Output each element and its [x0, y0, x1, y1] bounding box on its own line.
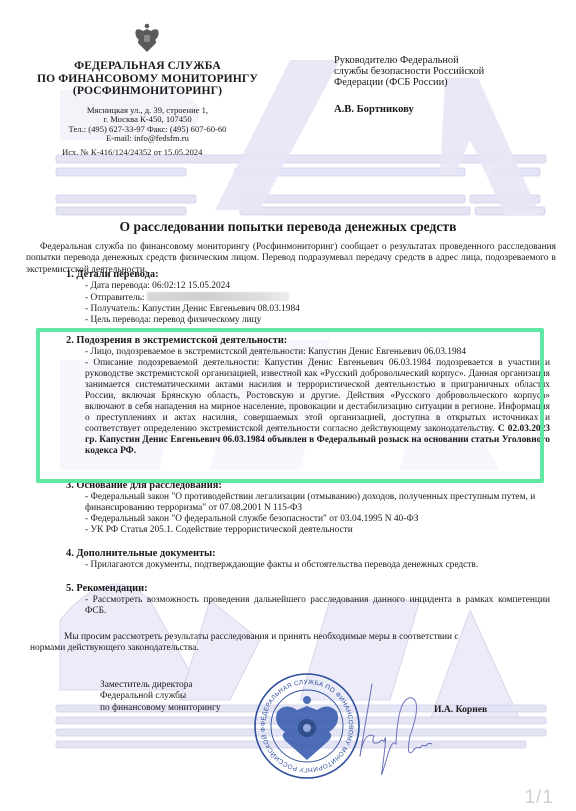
list-item: - Лицо, подозреваемое в экстремистской д…: [85, 347, 550, 358]
signer-title-line: Федеральной службы: [100, 691, 221, 702]
list-item: - Федеральный закон "О федеральной служб…: [85, 514, 550, 525]
russian-eagle-emblem-icon: [133, 22, 161, 54]
list-item: - Отправитель:: [85, 292, 550, 304]
section-title: 3. Основание для расследования:: [66, 480, 550, 492]
closing-line: нормами действующего законодательства.: [30, 643, 544, 654]
section-title: 4. Дополнительные документы:: [66, 548, 550, 560]
email-line: E-mail: info@fedsfm.ru: [20, 134, 275, 144]
closing-paragraph: Мы просим рассмотреть результаты расслед…: [64, 632, 544, 655]
list-item: - Прилагаются документы, подтверждающие …: [85, 560, 550, 571]
signer-title-line: Заместитель директора: [100, 680, 221, 691]
document-page: ФЕДЕРАЛЬНАЯ СЛУЖБА ПО ФИНАНСОВОМУ МОНИТО…: [0, 0, 576, 811]
list-item: - Цель перевода: перевод физическому лиц…: [85, 315, 550, 326]
section-extremism-suspicion: 2. Подозрения в экстремистской деятельно…: [66, 335, 550, 457]
signer-title-line: по финансовому мониторингу: [100, 703, 221, 714]
recipient-block: Руководителю Федеральной службы безопасн…: [334, 55, 564, 89]
section-title: 5. Рекомендации:: [66, 583, 550, 595]
activity-description: - Описание подозреваемой деятельности: К…: [85, 358, 550, 434]
handwritten-signature: [352, 676, 442, 786]
recipient-line: Руководителю Федеральной: [334, 55, 564, 66]
section-additional-documents: 4. Дополнительные документы: - Прилагают…: [66, 548, 550, 571]
section-title: 1. Детали перевода:: [66, 269, 550, 281]
recipient-line: Федерации (ФСБ России): [334, 77, 564, 88]
official-seal-stamp-icon: ФЕДЕРАЛЬНАЯ СЛУЖБА ПО ФИНАНСОВОМУ МОНИТО…: [253, 672, 361, 780]
sender-organization: ФЕДЕРАЛЬНАЯ СЛУЖБА ПО ФИНАНСОВОМУ МОНИТО…: [20, 60, 275, 144]
recipient-name: А.В. Бортникову: [334, 104, 414, 115]
redacted-sender: [147, 292, 289, 301]
org-name-line: (РОСФИНМОНИТОРИНГ): [20, 85, 275, 98]
list-item: - Описание подозреваемой деятельности: К…: [85, 358, 550, 457]
page-indicator: 1/1: [525, 787, 554, 809]
list-item: - Дата перевода: 06:02:12 15.05.2024: [85, 281, 550, 292]
section-legal-basis: 3. Основание для расследования: - Федера…: [66, 480, 550, 536]
section-recommendations: 5. Рекомендации: - Рассмотреть возможнос…: [66, 583, 550, 617]
list-item: - Рассмотреть возможность проведения дал…: [85, 595, 550, 617]
section-title: 2. Подозрения в экстремистской деятельно…: [66, 335, 550, 347]
signer-position: Заместитель директора Федеральной службы…: [100, 680, 221, 714]
sender-label: - Отправитель:: [85, 293, 147, 303]
org-address: Мясницкая ул., д. 39, строение 1, г. Мос…: [20, 106, 275, 144]
closing-line: Мы просим рассмотреть результаты расслед…: [64, 632, 544, 643]
list-item: - Федеральный закон "О противодействии л…: [85, 492, 550, 514]
org-name-line: ФЕДЕРАЛЬНАЯ СЛУЖБА: [20, 60, 275, 73]
list-item: - Получатель: Капустин Денис Евгеньевич …: [85, 304, 550, 315]
outgoing-reference: Исх. № К-416/124/24352 от 15.05.2024: [62, 147, 202, 157]
section-transfer-details: 1. Детали перевода: - Дата перевода: 06:…: [66, 269, 550, 326]
document-title: О расследовании попытки перевода денежны…: [0, 219, 576, 235]
recipient-line: службы безопасности Российской: [334, 66, 564, 77]
list-item: - УК РФ Статья 205.1. Содействие террори…: [85, 525, 550, 536]
